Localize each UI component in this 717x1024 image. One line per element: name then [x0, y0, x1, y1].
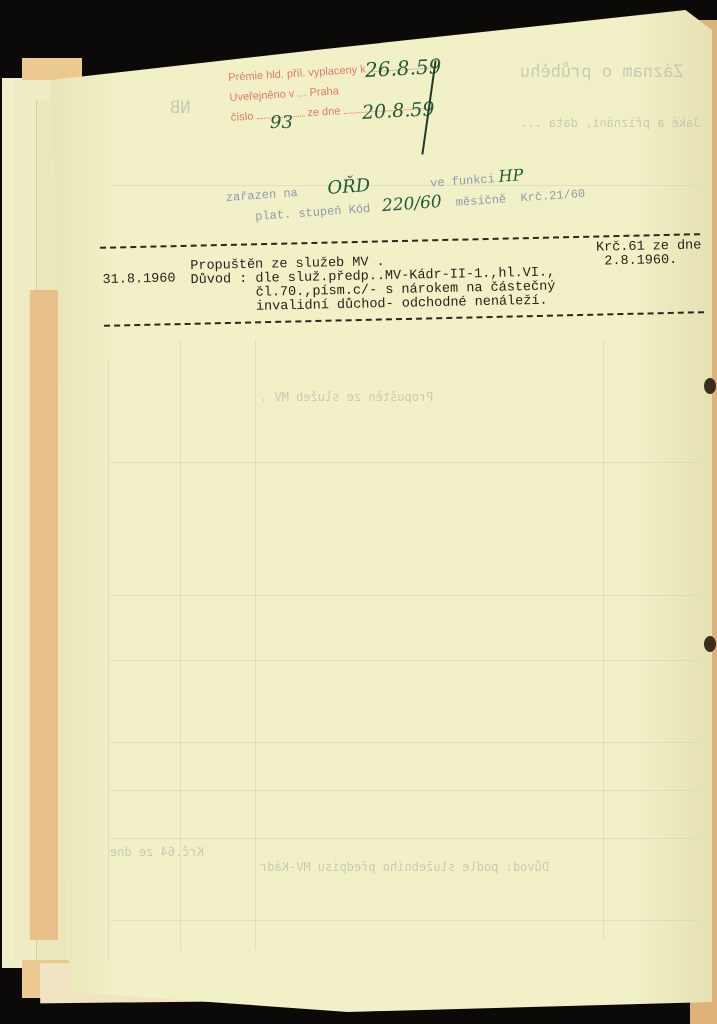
ghost-rule — [110, 790, 700, 791]
stamp-label-cislo: číslo — [230, 111, 253, 124]
punch-hole-lower — [704, 636, 716, 652]
assignment-label-funkce: ve funkci — [430, 172, 496, 190]
ghost-rule — [110, 742, 700, 743]
bleed-row: Důvod: podle služebního předpisu MV-Kádr — [260, 860, 549, 874]
ghost-rule — [110, 595, 700, 596]
bleed-row: Krč.64 ze dne — [110, 845, 204, 859]
ghost-col — [108, 360, 109, 960]
ghost-rule — [110, 462, 700, 463]
order-date: 2.8.1960. — [604, 253, 702, 269]
entry-date: 31.8.1960 — [102, 272, 175, 288]
assignment-label-zarazen: zařazen na — [225, 186, 298, 205]
assignment-value-department: OŘD — [327, 175, 371, 199]
ghost-col — [603, 340, 604, 940]
assignment-value-salary-code: 220/60 — [381, 192, 442, 216]
ghost-rule — [110, 838, 700, 839]
ghost-col — [255, 340, 256, 950]
assignment-value-function: HP — [498, 165, 524, 186]
bleed-header-note: Jaké a přiznání, data ... — [520, 116, 701, 130]
ghost-rule — [110, 920, 700, 921]
stamp-label-ze-dne: ze dne — [307, 105, 341, 119]
ghost-rule — [110, 660, 700, 661]
bleed-header-title: Záznam o průběhu — [520, 62, 684, 82]
stamp-value-date: 20.8.59 — [361, 98, 435, 124]
bleed-row: Propuštěn ze služeb MV . — [260, 390, 433, 404]
stamp-value-cislo: 93 — [270, 112, 293, 133]
entry-order-ref: Krč.61 ze dne 2.8.1960. — [596, 239, 702, 269]
stamp-value-premie-date: 26.8.59 — [364, 54, 441, 82]
entry-text: Propuštěn ze služeb MV . Důvod : dle slu… — [190, 253, 556, 317]
stacked-page-tan-strip — [28, 290, 61, 940]
bleed-header-sub: NB — [170, 98, 190, 118]
punch-hole-upper — [704, 378, 716, 394]
